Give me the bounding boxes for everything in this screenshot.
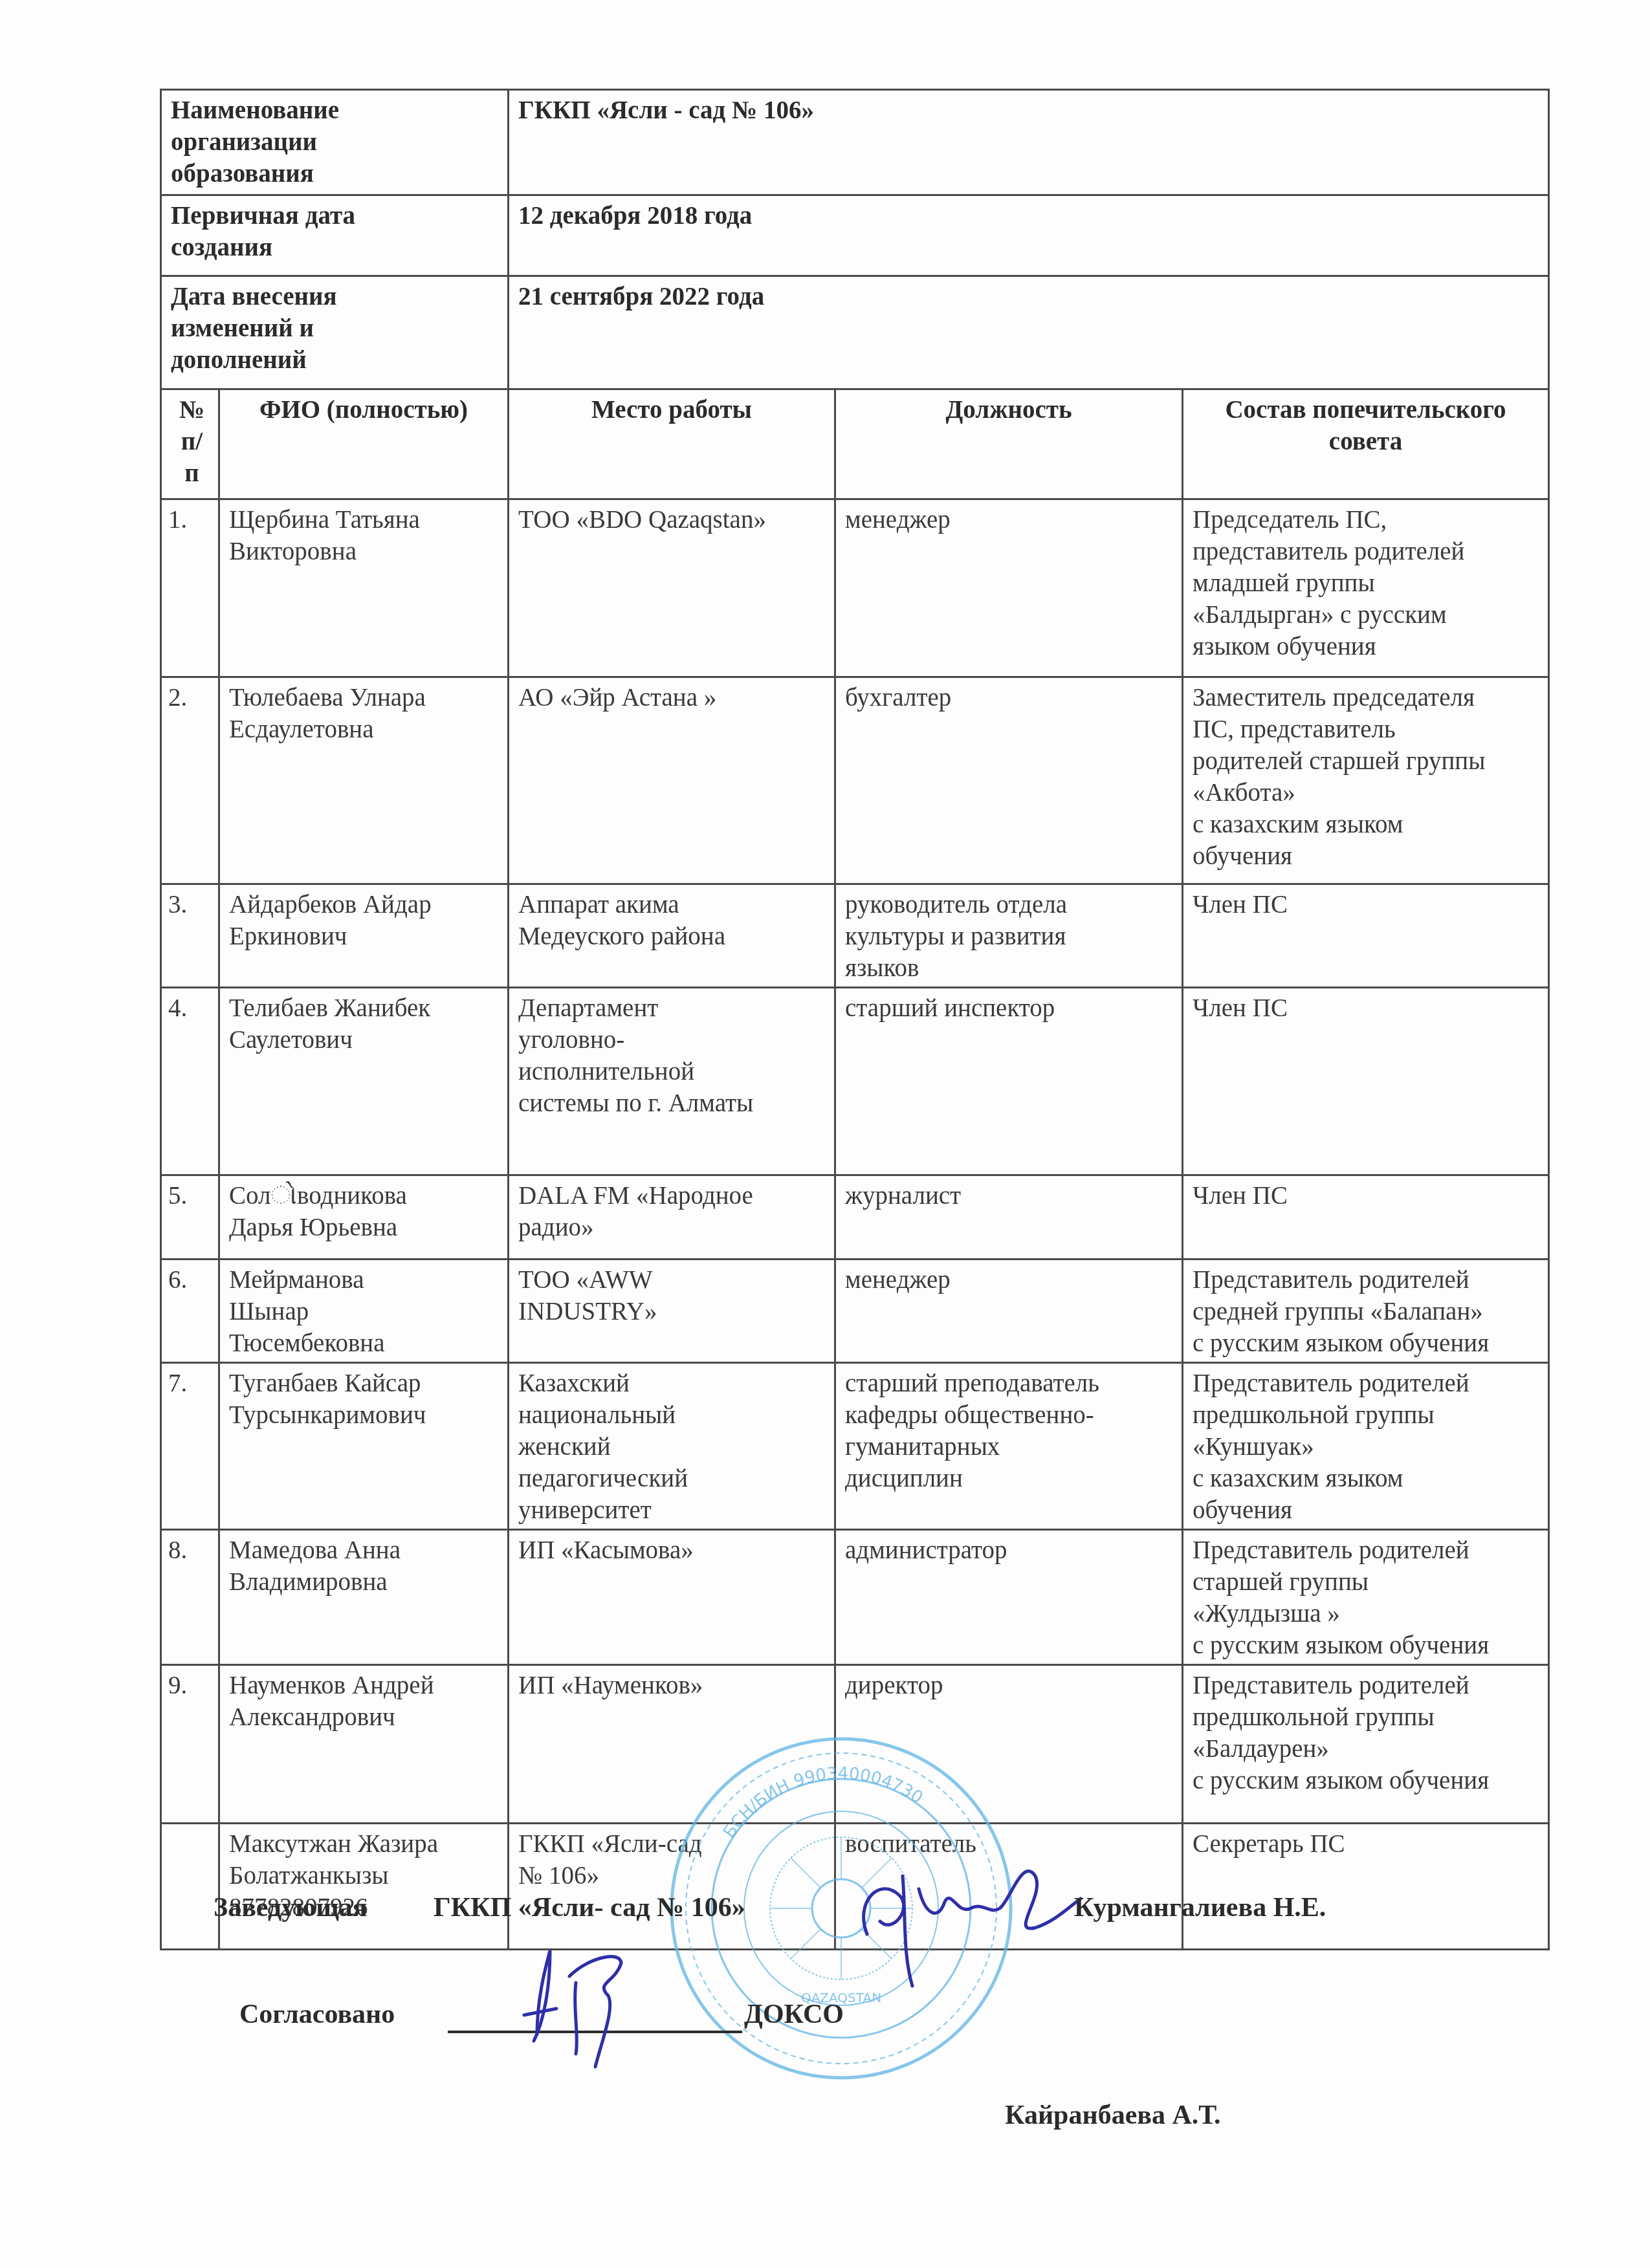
row-number: 3.: [161, 884, 219, 988]
member-full-name: Солોводникова Дарья Юрьевна: [219, 1175, 509, 1259]
table-header-row: № п/ п ФИО (полностью) Место работы Долж…: [161, 389, 1549, 499]
agreed-label: Согласовано: [239, 1999, 395, 2030]
created-date-value: 12 декабря 2018 года: [509, 195, 1549, 276]
table-row: 5.Солોводникова Дарья ЮрьевнаDALA FM «На…: [161, 1175, 1549, 1259]
member-workplace: Казахский национальный женский педагогич…: [509, 1363, 835, 1530]
org-name-value: ГККП «Ясли - сад № 106»: [509, 90, 1549, 195]
row-number: 6.: [161, 1259, 219, 1363]
member-full-name: Телибаев Жанибек Саулетович: [219, 988, 509, 1175]
member-council-role: Представитель родителей предшкольной гру…: [1183, 1665, 1549, 1824]
member-position: воспитатель: [835, 1824, 1183, 1950]
row-number: [161, 1824, 219, 1950]
row-number: 7.: [161, 1363, 219, 1530]
member-full-name: Щербина Татьяна Викторовна: [219, 499, 509, 677]
member-position: менеджер: [835, 1259, 1183, 1363]
member-workplace: ТОО «AWW INDUSTRY»: [509, 1259, 835, 1363]
trustee-council-table: Наименование организации образования ГКК…: [160, 89, 1550, 1950]
member-council-role: Представитель родителей предшкольной гру…: [1183, 1363, 1549, 1530]
row-number: 2.: [161, 677, 219, 884]
table-row: 7.Туганбаев Кайсар ТурсынкаримовичКазахс…: [161, 1363, 1549, 1530]
table-row: 6.Мейрманова Шынар ТюсембековнаТОО «AWW …: [161, 1259, 1549, 1363]
member-council-role: Член ПС: [1183, 1175, 1549, 1259]
created-date-row: Первичная дата создания 12 декабря 2018 …: [161, 195, 1549, 276]
member-full-name: Мамедова Анна Владимировна: [219, 1530, 509, 1665]
table-row: 4.Телибаев Жанибек СаулетовичДепартамент…: [161, 988, 1549, 1175]
member-council-role: Представитель родителей средней группы «…: [1183, 1259, 1549, 1363]
member-workplace: ТОО «BDO Qazaqstan»: [509, 499, 835, 677]
row-number: 5.: [161, 1175, 219, 1259]
header-council-role: Состав попечительского совета: [1183, 389, 1549, 499]
header-position: Должность: [835, 389, 1183, 499]
member-council-role: Председатель ПС, представитель родителей…: [1183, 499, 1549, 677]
member-full-name: Айдарбеков Айдар Еркинович: [219, 884, 509, 988]
table-row: 1.Щербина Татьяна ВикторовнаТОО «BDO Qaz…: [161, 499, 1549, 677]
header-workplace: Место работы: [509, 389, 835, 499]
head-org: ГККП «Ясли- сад № 106»: [434, 1892, 745, 1923]
agreed-signature-line: [448, 2001, 742, 2033]
row-number: 4.: [161, 988, 219, 1175]
table-row: 2.Тюлебаева Улнара ЕсдаулетовнаАО «Эйр А…: [161, 677, 1549, 884]
member-workplace: Аппарат акима Медеуского района: [509, 884, 835, 988]
changed-date-row: Дата внесения изменений и дополнений 21 …: [161, 276, 1549, 389]
member-council-role: Член ПС: [1183, 988, 1549, 1175]
row-number: 9.: [161, 1665, 219, 1824]
member-workplace: ИП «Касымова»: [509, 1530, 835, 1665]
row-number: 8.: [161, 1530, 219, 1665]
table-row: 8.Мамедова Анна ВладимировнаИП «Касымова…: [161, 1530, 1549, 1665]
created-date-label: Первичная дата создания: [161, 195, 509, 276]
member-workplace: ГККП «Ясли-сад № 106»: [509, 1824, 835, 1950]
member-workplace: ИП «Науменков»: [509, 1665, 835, 1824]
member-workplace: АО «Эйр Астана »: [509, 677, 835, 884]
member-workplace: DALA FM «Народное радио»: [509, 1175, 835, 1259]
agreed-org: ДОКСО: [744, 1999, 844, 2030]
member-council-role: Заместитель председателя ПС, представите…: [1183, 677, 1549, 884]
member-full-name: Максутжан Жазира Болатжанкызы 8778280792…: [219, 1824, 509, 1950]
head-title: Заведующая: [214, 1892, 367, 1923]
member-position: старший инспектор: [835, 988, 1183, 1175]
member-position: журналист: [835, 1175, 1183, 1259]
row-number: 1.: [161, 499, 219, 677]
member-position: руководитель отдела культуры и развития …: [835, 884, 1183, 988]
table-row: 3.Айдарбеков Айдар ЕркиновичАппарат аким…: [161, 884, 1549, 988]
org-name-label: Наименование организации образования: [161, 90, 509, 195]
org-name-row: Наименование организации образования ГКК…: [161, 90, 1549, 195]
changed-date-label: Дата внесения изменений и дополнений: [161, 276, 509, 389]
member-full-name: Тюлебаева Улнара Есдаулетовна: [219, 677, 509, 884]
member-position: старший преподаватель кафедры общественн…: [835, 1363, 1183, 1530]
member-full-name: Туганбаев Кайсар Турсынкаримович: [219, 1363, 509, 1530]
changed-date-value: 21 сентября 2022 года: [509, 276, 1549, 389]
member-council-role: Член ПС: [1183, 884, 1549, 988]
header-full-name: ФИО (полностью): [219, 389, 509, 499]
member-full-name: Науменков Андрей Александрович: [219, 1665, 509, 1824]
table-row: 9.Науменков Андрей АлександровичИП «Наум…: [161, 1665, 1549, 1824]
document-page: Наименование организации образования ГКК…: [0, 0, 1650, 2268]
agreed-name: Кайранбаева А.Т.: [1005, 2100, 1221, 2131]
member-council-role: Представитель родителей старшей группы «…: [1183, 1530, 1549, 1665]
member-position: менеджер: [835, 499, 1183, 677]
head-name: Курмангалиева Н.Е.: [1074, 1892, 1326, 1923]
member-full-name: Мейрманова Шынар Тюсембековна: [219, 1259, 509, 1363]
member-council-role: Секретарь ПС: [1183, 1824, 1549, 1950]
header-number: № п/ п: [161, 389, 219, 499]
table-row: Максутжан Жазира Болатжанкызы 8778280792…: [161, 1824, 1549, 1950]
member-position: бухгалтер: [835, 677, 1183, 884]
member-position: администратор: [835, 1530, 1183, 1665]
member-workplace: Департамент уголовно- исполнительной сис…: [509, 988, 835, 1175]
member-position: директор: [835, 1665, 1183, 1824]
